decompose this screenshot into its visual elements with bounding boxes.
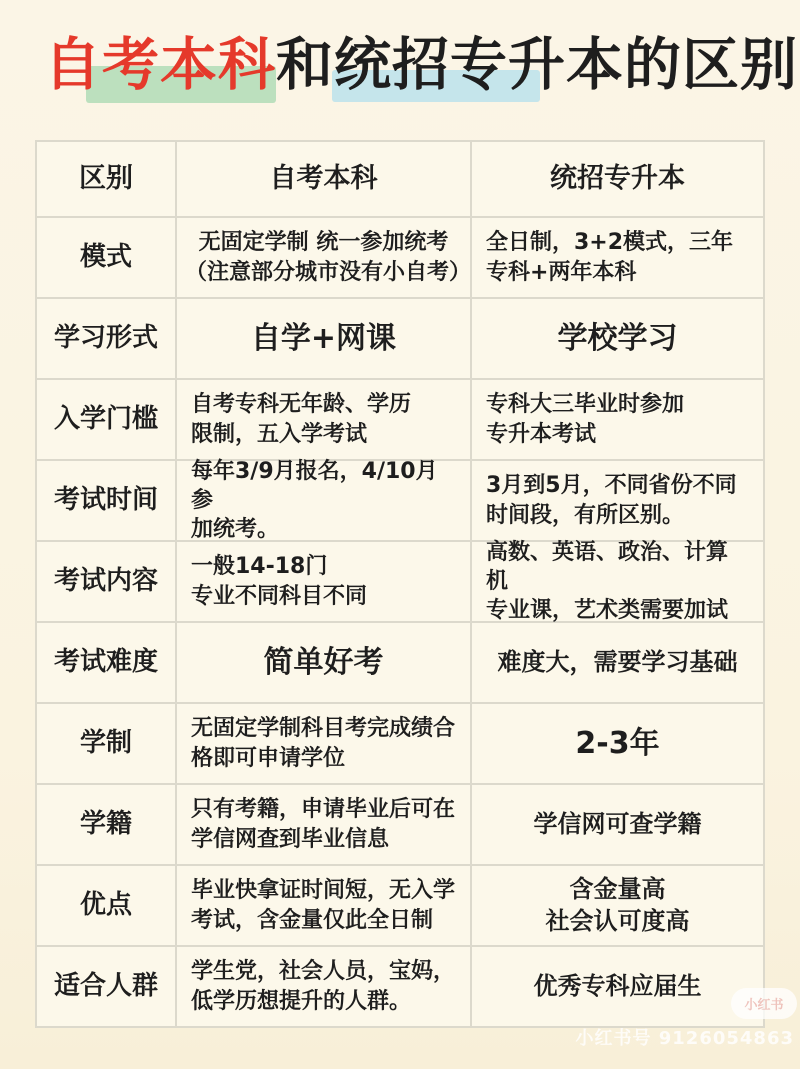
row-label: 学习形式 (37, 299, 177, 380)
row-label: 适合人群 (37, 947, 177, 1028)
comparison-table: 区别 自考本科 统招专升本 模式 无固定学制 统一参加统考 （注意部分城市没有小… (35, 140, 765, 1028)
row-label: 考试内容 (37, 542, 177, 623)
cell-unified: 2-3年 (472, 704, 765, 785)
infographic-page: 自考本科和统招专升本的区别 区别 自考本科 统招专升本 模式 无固定学制 统一参… (0, 0, 800, 1069)
cell-unified: 学信网可查学籍 (472, 785, 765, 866)
cell-self-exam: 一般14-18门 专业不同科目不同 (177, 542, 472, 623)
row-label: 模式 (37, 218, 177, 299)
cell-unified: 专科大三毕业时参加 专升本考试 (472, 380, 765, 461)
cell-self-exam: 简单好考 (177, 623, 472, 704)
cell-self-exam: 只有考籍，申请毕业后可在 学信网查到毕业信息 (177, 785, 472, 866)
title-rest-part: 和统招专升本的区别 (276, 32, 798, 98)
cell-self-exam: 每年3/9月报名，4/10月参 加统考。 (177, 461, 472, 542)
cell-unified: 学校学习 (472, 299, 765, 380)
cell-self-exam: 无固定学制 统一参加统考 （注意部分城市没有小自考） (177, 218, 472, 299)
header-unified: 统招专升本 (472, 142, 765, 218)
xiaohongshu-badge: 小红书 (731, 988, 797, 1019)
cell-unified: 难度大，需要学习基础 (472, 623, 765, 704)
cell-unified: 全日制，3+2模式，三年 专科+两年本科 (472, 218, 765, 299)
cell-self-exam: 自考专科无年龄、学历 限制，五入学考试 (177, 380, 472, 461)
header-self-exam: 自考本科 (177, 142, 472, 218)
row-label: 学籍 (37, 785, 177, 866)
cell-self-exam: 无固定学制科目考完成绩合 格即可申请学位 (177, 704, 472, 785)
cell-unified: 优秀专科应届生 (472, 947, 765, 1028)
cell-unified: 3月到5月，不同省份不同 时间段，有所区别。 (472, 461, 765, 542)
row-label: 考试时间 (37, 461, 177, 542)
row-label: 入学门槛 (37, 380, 177, 461)
title-highlighted-part: 自考本科 (44, 32, 276, 98)
cell-self-exam: 自学+网课 (177, 299, 472, 380)
row-label: 优点 (37, 866, 177, 947)
row-label: 考试难度 (37, 623, 177, 704)
cell-unified: 含金量高 社会认可度高 (472, 866, 765, 947)
xiaohongshu-account-watermark: 小红书号 9126054863 (575, 1024, 794, 1050)
cell-self-exam: 毕业快拿证时间短，无入学 考试，含金量仅此全日制 (177, 866, 472, 947)
header-difference: 区别 (37, 142, 177, 218)
cell-self-exam: 学生党，社会人员，宝妈， 低学历想提升的人群。 (177, 947, 472, 1028)
page-title: 自考本科和统招专升本的区别 (44, 28, 798, 102)
row-label: 学制 (37, 704, 177, 785)
cell-unified: 高数、英语、政治、计算机 专业课，艺术类需要加试 (472, 542, 765, 623)
